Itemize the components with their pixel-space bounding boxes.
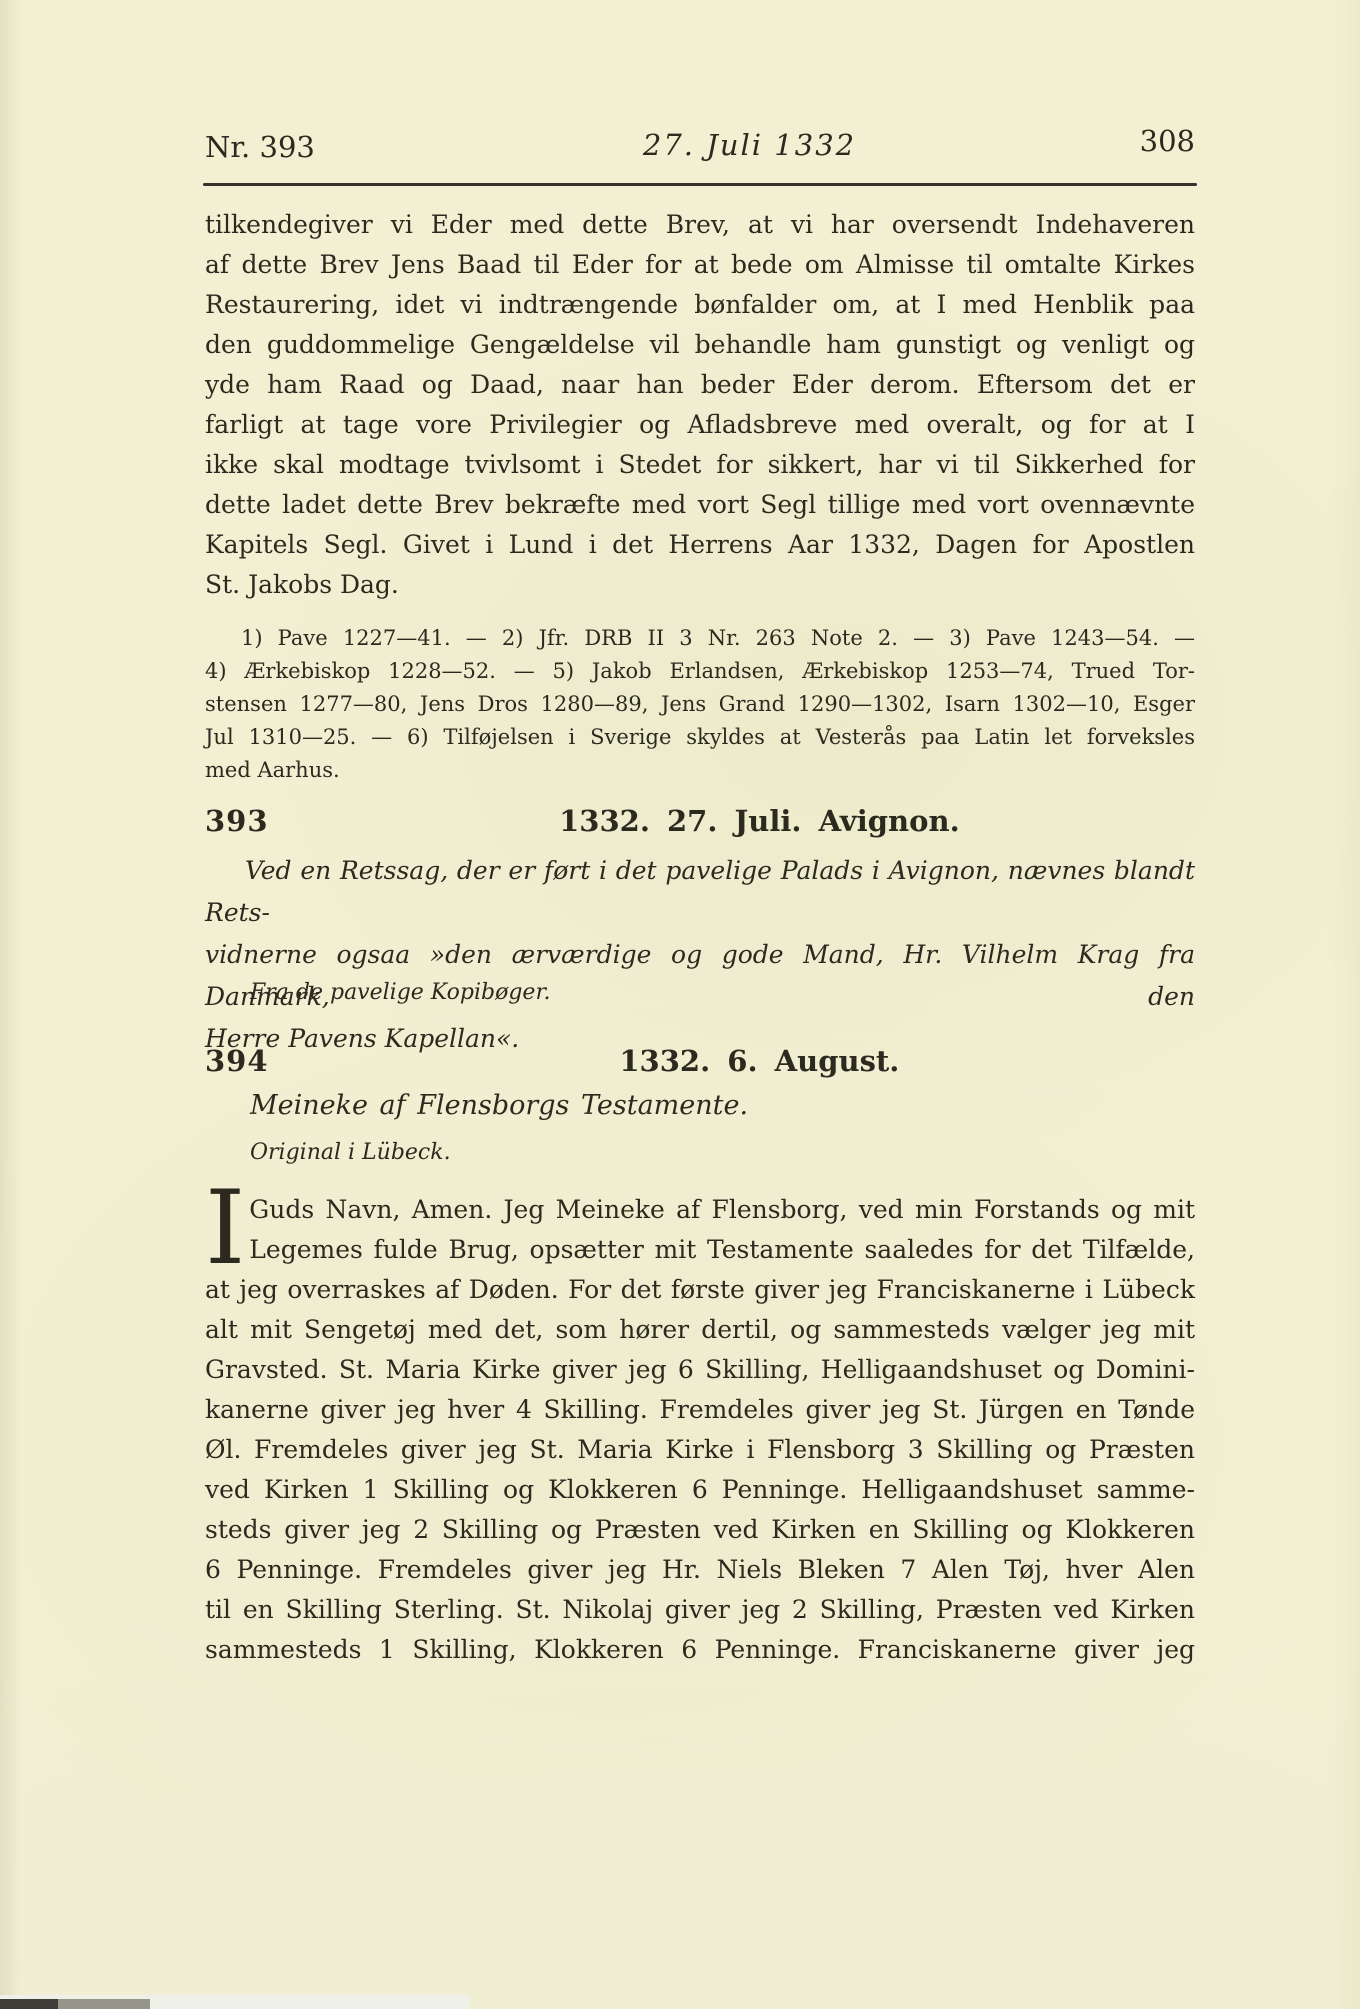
header-date: 27. Juli 1332 (643, 128, 856, 162)
entry-394-number: 394 (205, 1044, 269, 1078)
drop-cap-initial: I (205, 1190, 245, 1268)
text-line: yde ham Raad og Daad, naar han beder Ede… (205, 365, 1195, 405)
text-line: tilkendegiver vi Eder med dette Brev, at… (205, 205, 1195, 245)
header-divider-rule (203, 183, 1197, 186)
entry-394-provenance-note: Original i Lübeck. (205, 1140, 1240, 1165)
text-line: 6 Penninge. Fremdeles giver jeg Hr. Niel… (205, 1550, 1195, 1590)
testament-lines: Guds Navn, Amen. Jeg Meineke af Flensbor… (205, 1190, 1195, 1670)
text-line: den guddommelige Gengældelse vil behandl… (205, 325, 1195, 365)
header-entry-number: Nr. 393 (205, 130, 315, 164)
text-line: ved Kirken 1 Skilling og Klokkeren 6 Pen… (205, 1470, 1195, 1510)
entry-393-heading-row: 393 1332. 27. Juli. Avignon. (205, 804, 1195, 844)
text-line: af dette Brev Jens Baad til Eder for at … (205, 245, 1195, 285)
text-line: Legemes fulde Brug, opsætter mit Testame… (205, 1230, 1195, 1270)
text-line: alt mit Sengetøj med det, som hører dert… (205, 1310, 1195, 1350)
entry-393-source-note: Fra de pavelige Kopibøger. (205, 980, 1240, 1005)
entry-393-number: 393 (205, 804, 269, 838)
text-line: at jeg overraskes af Døden. For det førs… (205, 1270, 1195, 1310)
text-line: Gravsted. St. Maria Kirke giver jeg 6 Sk… (205, 1350, 1195, 1390)
text-line: 1) Pave 1227—41. — 2) Jfr. DRB II 3 Nr. … (205, 622, 1195, 655)
entry-393-summary: Ved en Retssag, der er ført i det paveli… (205, 850, 1195, 1060)
running-header: Nr. 393 27. Juli 1332 308 (205, 130, 1195, 178)
text-line: stensen 1277—80, Jens Dros 1280—89, Jens… (205, 688, 1195, 721)
scan-edge-mid-strip (58, 1999, 150, 2009)
text-line: dette ladet dette Brev bekræfte med vort… (205, 485, 1195, 525)
letter-body-continuation: tilkendegiver vi Eder med dette Brev, at… (205, 205, 1195, 605)
text-line: sammesteds 1 Skilling, Klokkeren 6 Penni… (205, 1630, 1195, 1670)
text-line: vidnerne ogsaa »den ærværdige og gode Ma… (205, 934, 1195, 1018)
text-line: steds giver jeg 2 Skilling og Præsten ve… (205, 1510, 1195, 1550)
text-line: Ved en Retssag, der er ført i det paveli… (205, 850, 1195, 934)
footnotes-block: 1) Pave 1227—41. — 2) Jfr. DRB II 3 Nr. … (205, 622, 1195, 787)
text-line: Guds Navn, Amen. Jeg Meineke af Flensbor… (205, 1190, 1195, 1230)
scan-edge-dark-strip (0, 1999, 58, 2009)
text-line: Jul 1310—25. — 6) Tilføjelsen i Sverige … (205, 721, 1195, 754)
entry-393-date-place: 1332. 27. Juli. Avignon. (559, 804, 960, 838)
scanned-book-page: Nr. 393 27. Juli 1332 308 tilkendegiver … (0, 0, 1360, 2009)
text-line: Øl. Fremdeles giver jeg St. Maria Kirke … (205, 1430, 1195, 1470)
entry-394-date: 1332. 6. August. (619, 1044, 899, 1078)
entry-394-heading-row: 394 1332. 6. August. (205, 1044, 1195, 1084)
text-line: Kapitels Segl. Givet i Lund i det Herren… (205, 525, 1195, 565)
text-line: St. Jakobs Dag. (205, 565, 1195, 605)
entry-394-title: Meineke af Flensborgs Testamente. (205, 1090, 1240, 1121)
text-line: til en Skilling Sterling. St. Nikolaj gi… (205, 1590, 1195, 1630)
text-line: ikke skal modtage tvivlsomt i Stedet for… (205, 445, 1195, 485)
text-line: farligt at tage vore Privilegier og Afla… (205, 405, 1195, 445)
text-line: med Aarhus. (205, 754, 1195, 787)
text-line: 4) Ærkebiskop 1228—52. — 5) Jakob Erland… (205, 655, 1195, 688)
text-line: Restaurering, idet vi indtrængende bønfa… (205, 285, 1195, 325)
header-page-number: 308 (1140, 124, 1195, 158)
text-line: kanerne giver jeg hver 4 Skilling. Fremd… (205, 1390, 1195, 1430)
entry-394-testament-body: I Guds Navn, Amen. Jeg Meineke af Flensb… (205, 1190, 1195, 1670)
